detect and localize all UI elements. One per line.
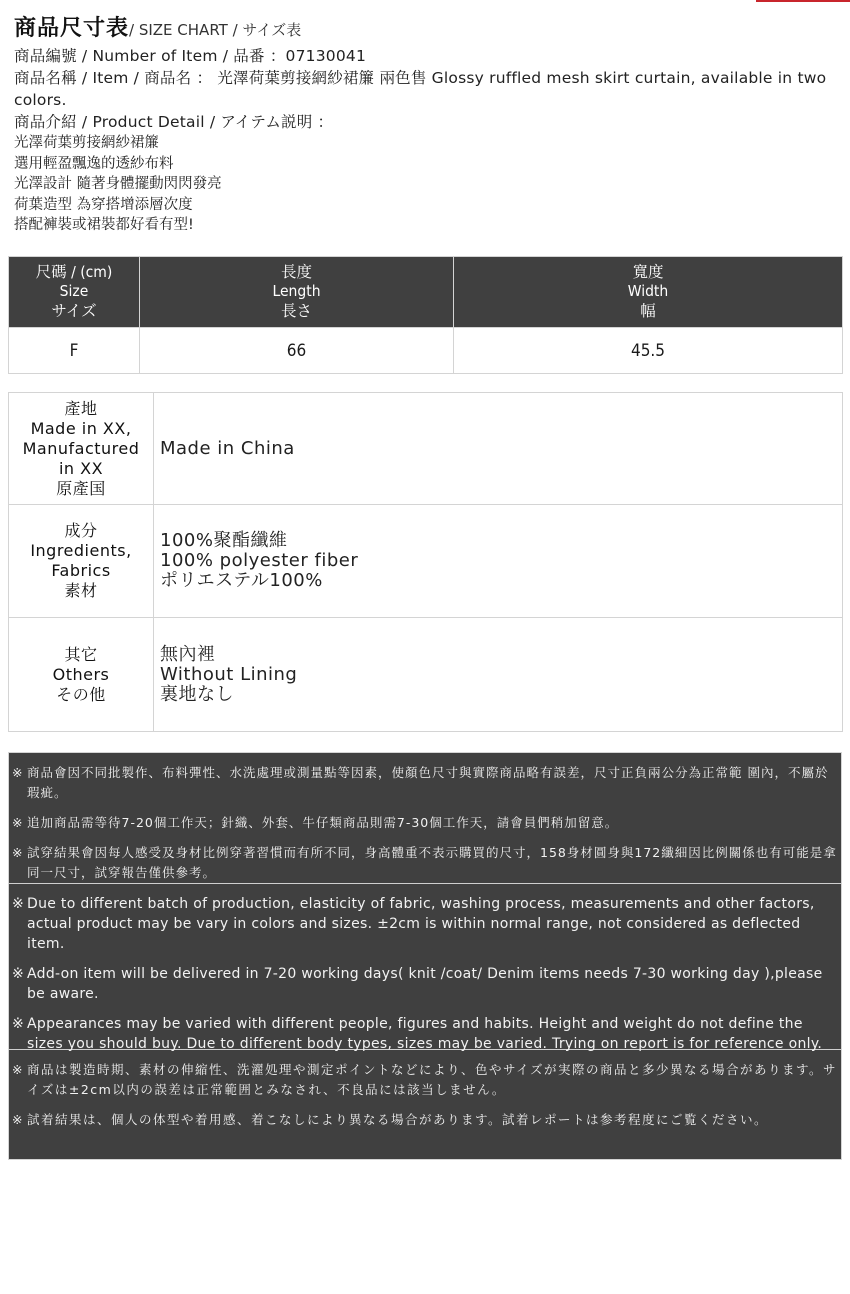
page-title: 商品尺寸表/ SIZE CHART / サイズ表 [14, 14, 840, 45]
notice-group-english: ※Due to different batch of production, e… [9, 884, 841, 1050]
notice-item: ※商品會因不同批製作、布料彈性、水洗處理或測量點等因素，使顏色尺寸與實際商品略有… [9, 763, 841, 803]
item-number-label: 商品編號 / Number of Item / 品番 ： [14, 47, 286, 65]
cell-width: 45.5 [454, 328, 843, 374]
cell-size: F [9, 328, 140, 374]
spec-label: 其它 Others その他 [9, 618, 154, 732]
cell-length: 66 [140, 328, 454, 374]
notice-item: ※試着結果は、個人の体型や着用感、着こなしにより異なる場合があります。試着レポー… [9, 1110, 841, 1130]
spec-row-origin: 產地 Made in XX, Manufactured in XX 原產国 Ma… [9, 393, 843, 505]
product-detail-line: 搭配褲裝或裙裝都好看有型! [14, 215, 840, 236]
reference-mark-icon: ※ [12, 1110, 24, 1130]
spec-row-others: 其它 Others その他 無內裡 Without Lining 裏地なし [9, 618, 843, 732]
item-name-line: 商品名稱 / Item / 商品名 ： 光澤荷葉剪接網紗裙簾 兩色售 Gloss… [14, 67, 840, 111]
product-detail-line: 選用輕盈飄逸的透紗布料 [14, 154, 840, 175]
size-table-header: 尺碼 / (cm) Size サイズ 長度 Length 長さ 寬度 Width… [9, 257, 843, 328]
reference-mark-icon: ※ [12, 843, 23, 863]
spec-label: 產地 Made in XX, Manufactured in XX 原產国 [9, 393, 154, 505]
notice-group-chinese: ※商品會因不同批製作、布料彈性、水洗處理或測量點等因素，使顏色尺寸與實際商品略有… [9, 753, 841, 884]
top-accent-bar [756, 0, 850, 2]
notice-item: ※Add-on item will be delivered in 7-20 w… [9, 964, 841, 1004]
notice-item: ※Due to different batch of production, e… [9, 894, 841, 954]
reference-mark-icon: ※ [12, 1060, 24, 1080]
column-header-size: 尺碼 / (cm) Size サイズ [9, 257, 140, 328]
product-detail-line: 光澤設計 隨著身體擺動閃閃發亮 [14, 174, 840, 195]
notice-item: ※商品は製造時期、素材の伸縮性、洗濯処理や測定ポイントなどにより、色やサイズが実… [9, 1060, 841, 1100]
item-number-value: 07130041 [286, 47, 367, 65]
notice-item: ※試穿結果會因每人感受及身材比例穿著習慣而有所不同，身高體重不表示購買的尺寸，1… [9, 843, 841, 883]
item-number-line: 商品編號 / Number of Item / 品番 ：07130041 [14, 45, 840, 67]
notice-group-japanese: ※商品は製造時期、素材の伸縮性、洗濯処理や測定ポイントなどにより、色やサイズが実… [9, 1050, 841, 1145]
reference-mark-icon: ※ [12, 1014, 24, 1034]
item-name-label: 商品名稱 / Item / 商品名 ： [14, 69, 212, 87]
notice-panel: ※商品會因不同批製作、布料彈性、水洗處理或測量點等因素，使顏色尺寸與實際商品略有… [8, 752, 842, 1160]
product-detail-line: 荷葉造型 為穿搭增添層次度 [14, 195, 840, 216]
product-header: 商品尺寸表/ SIZE CHART / サイズ表 商品編號 / Number o… [14, 14, 840, 236]
reference-mark-icon: ※ [12, 964, 24, 984]
reference-mark-icon: ※ [12, 763, 23, 783]
column-header-width: 寬度 Width 幅 [454, 257, 843, 328]
table-row: F 66 45.5 [9, 328, 843, 374]
spec-value: 無內裡 Without Lining 裏地なし [154, 618, 843, 732]
spec-table: 產地 Made in XX, Manufactured in XX 原產国 Ma… [8, 392, 843, 732]
spec-row-ingredients: 成分 Ingredients, Fabrics 素材 100%聚酯纖維 100%… [9, 505, 843, 618]
product-detail-label: 商品介紹 / Product Detail / アイテム説明 ： [14, 111, 840, 133]
notice-item: ※Appearances may be varied with differen… [9, 1014, 841, 1054]
spec-value: 100%聚酯纖維 100% polyester fiber ポリエステル100% [154, 505, 843, 618]
spec-value: Made in China [154, 393, 843, 505]
product-detail-line: 光澤荷葉剪接網紗裙簾 [14, 133, 840, 154]
reference-mark-icon: ※ [12, 813, 23, 833]
notice-item: ※追加商品需等待7-20個工作天；針織、外套、牛仔類商品則需7-30個工作天，請… [9, 813, 841, 833]
column-header-length: 長度 Length 長さ [140, 257, 454, 328]
title-sub: / SIZE CHART / サイズ表 [129, 21, 301, 39]
reference-mark-icon: ※ [12, 894, 24, 914]
size-table: 尺碼 / (cm) Size サイズ 長度 Length 長さ 寬度 Width… [8, 256, 843, 374]
title-main: 商品尺寸表 [14, 16, 129, 41]
spec-label: 成分 Ingredients, Fabrics 素材 [9, 505, 154, 618]
